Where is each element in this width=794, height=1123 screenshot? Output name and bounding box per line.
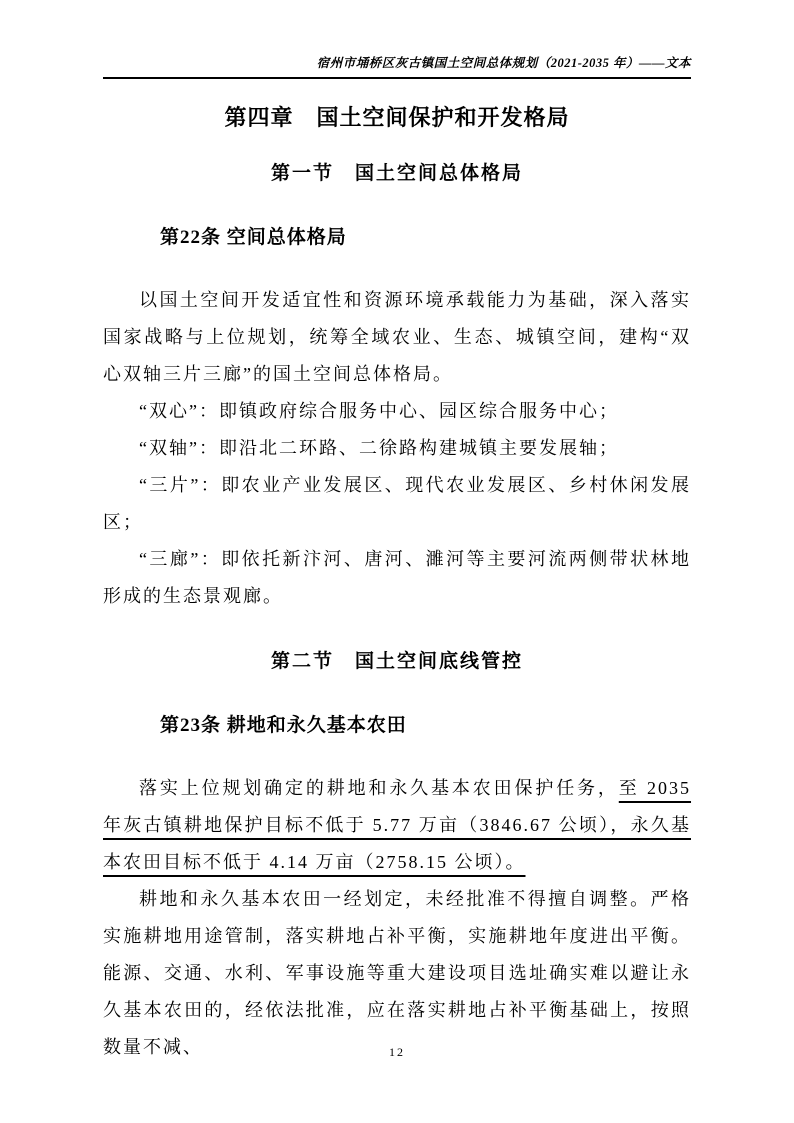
header-title: 宿州市埇桥区灰古镇国土空间总体规划（2021-2035 年）——文本	[103, 54, 691, 72]
article22-heading: 第22条 空间总体格局	[103, 224, 691, 252]
article22-paragraph-2: “双心”：即镇政府综合服务中心、园区综合服务中心；	[103, 393, 691, 430]
article23-paragraph-1-normal-text: 落实上位规划确定的耕地和永久基本农田保护任务，	[139, 778, 619, 798]
chapter-title: 第四章 国土空间保护和开发格局	[103, 102, 691, 134]
article22-paragraph-4: “三片”：即农业产业发展区、现代农业发展区、乡村休闲发展区；	[103, 467, 691, 541]
section2-title: 第二节 国土空间底线管控	[103, 648, 691, 676]
section1-title: 第一节 国土空间总体格局	[103, 160, 691, 188]
article23-paragraph-2: 耕地和永久基本农田一经划定，未经批准不得擅自调整。严格实施耕地用途管制，落实耕地…	[103, 881, 691, 1066]
document-page: 宿州市埇桥区灰古镇国土空间总体规划（2021-2035 年）——文本 第四章 国…	[0, 0, 794, 1123]
article22-paragraph-1: 以国土空间开发适宜性和资源环境承载能力为基础，深入落实国家战略与上位规划，统筹全…	[103, 282, 691, 393]
article23-paragraph-1: 落实上位规划确定的耕地和永久基本农田保护任务，至 2035 年灰古镇耕地保护目标…	[103, 770, 691, 881]
page-header: 宿州市埇桥区灰古镇国土空间总体规划（2021-2035 年）——文本	[0, 0, 794, 79]
header-divider	[103, 77, 691, 79]
article22-paragraph-3: “双轴”：即沿北二环路、二徐路构建城镇主要发展轴；	[103, 430, 691, 467]
article23-heading: 第23条 耕地和永久基本农田	[103, 712, 691, 740]
page-footer: 12	[0, 1043, 794, 1061]
article22-paragraph-5: “三廊”：即依托新汴河、唐河、濉河等主要河流两侧带状林地形成的生态景观廊。	[103, 541, 691, 615]
page-number: 12	[389, 1045, 405, 1059]
document-content: 第四章 国土空间保护和开发格局 第一节 国土空间总体格局 第22条 空间总体格局…	[0, 102, 794, 1066]
